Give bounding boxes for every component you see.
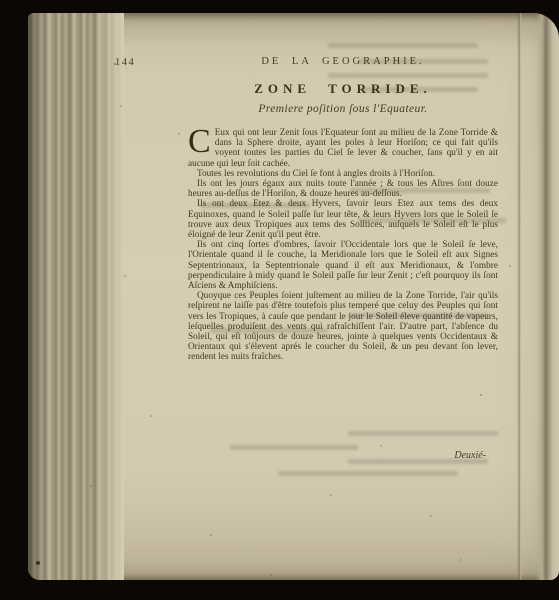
- paragraph: Toutes les revolutions du Ciel ſe font à…: [188, 168, 498, 178]
- paragraph-text: Quoyque ces Peuples ſoient juſtement au …: [188, 290, 498, 361]
- catchword: Deuxié-: [188, 450, 486, 461]
- paragraph: Quoyque ces Peuples ſoient juſtement au …: [188, 290, 498, 361]
- paragraph-text: Ils ont cinq ſortes d'ombres, ſavoir l'O…: [188, 239, 498, 290]
- book-page: 144 DE LA GEOGRAPHIE. ZONE TORRIDE. Prem…: [28, 13, 559, 580]
- show-through-mark: [328, 73, 488, 78]
- show-through-mark: [348, 431, 498, 436]
- fore-edge-pages: [536, 13, 559, 580]
- paragraph: CEux qui ont leur Zenit ſous l'Equateur …: [188, 127, 498, 168]
- paragraph-text: Ils ont deux Etez & deux Hyvers, ſavoir …: [188, 198, 498, 239]
- paragraph-text: Toutes les revolutions du Ciel ſe font à…: [197, 168, 435, 178]
- drop-cap-initial: C: [188, 127, 215, 155]
- paper-speckles: [28, 13, 30, 15]
- body-text: CEux qui ont leur Zenit ſous l'Equateur …: [188, 127, 498, 362]
- page-crease: [517, 13, 522, 580]
- paragraph-text: Eux qui ont leur Zenit ſous l'Equateur ſ…: [188, 127, 498, 168]
- paragraph: Ils ont cinq ſortes d'ombres, ſavoir l'O…: [188, 239, 498, 290]
- paragraph: Ils ont deux Etez & deux Hyvers, ſavoir …: [188, 198, 498, 239]
- show-through-mark: [328, 43, 478, 48]
- section-subtitle: Premiere poſition ſous l'Equateur.: [186, 103, 500, 115]
- running-header: DE LA GEOGRAPHIE.: [186, 56, 500, 67]
- show-through-mark: [278, 471, 458, 476]
- book-gutter-edges: [28, 13, 124, 580]
- page-number: 144: [115, 57, 135, 68]
- paragraph: Ils ont les jours égaux aux nuits toute …: [188, 178, 498, 198]
- paragraph-text: Ils ont les jours égaux aux nuits toute …: [188, 178, 498, 198]
- section-title: ZONE TORRIDE.: [186, 81, 500, 97]
- photo-background: 144 DE LA GEOGRAPHIE. ZONE TORRIDE. Prem…: [0, 0, 559, 600]
